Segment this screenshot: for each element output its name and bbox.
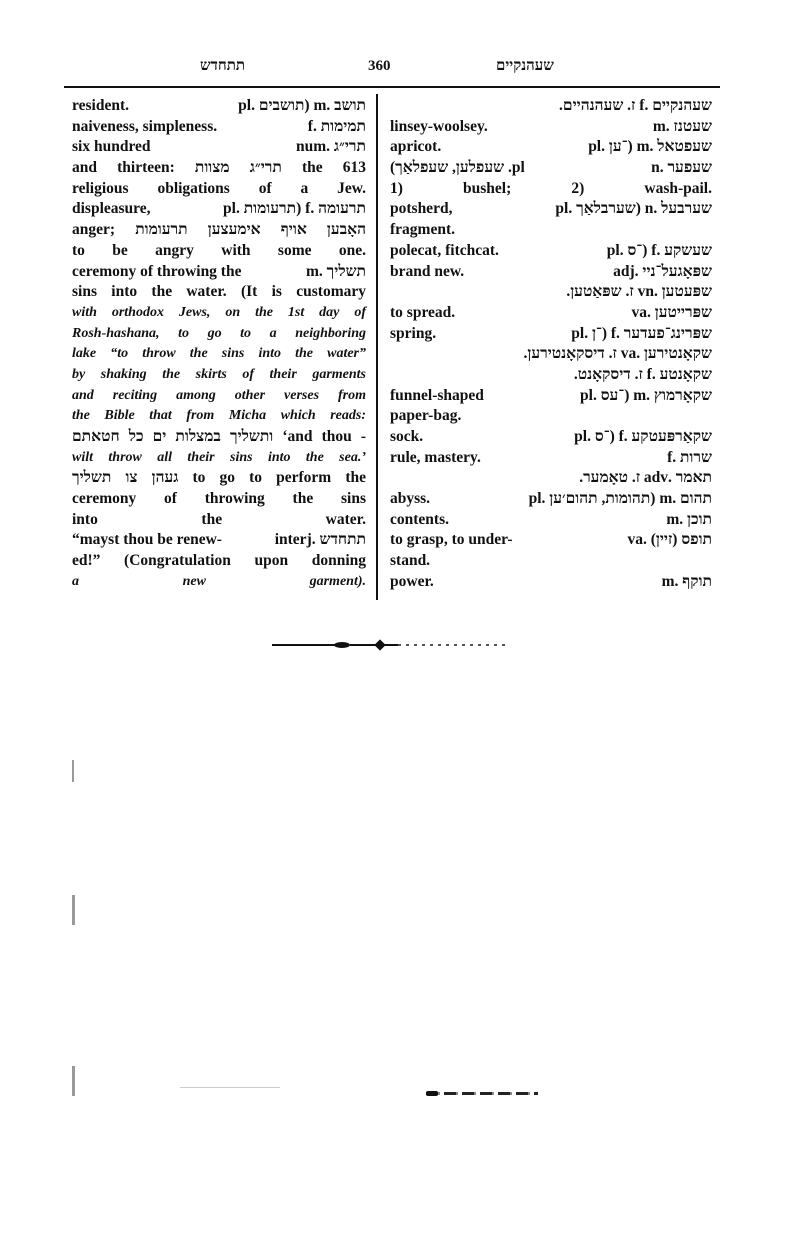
- yiddish-headword: תשליך .m: [306, 262, 366, 283]
- entry-line: sins into the water. (It is customary: [72, 282, 366, 303]
- english-gloss: naiveness, simpleness.: [72, 117, 217, 138]
- entry-line: rule, mastery.שרות .f: [390, 448, 712, 469]
- definition-text: fragment.: [390, 220, 712, 241]
- entry-line: “mayst thou be renew-תתחדש .interj: [72, 530, 366, 551]
- english-gloss: abyss.: [390, 489, 430, 510]
- usage-note: the Bible that from Micha which reads:: [72, 406, 366, 427]
- definition-text: stand.: [390, 551, 712, 572]
- definition-text: 1) bushel; 2) wash-pail.: [390, 179, 712, 200]
- usage-note: by shaking the skirts of their garments: [72, 365, 366, 386]
- entry-line: to spread.שפּרייטען .va: [390, 303, 712, 324]
- english-gloss: sock.: [390, 427, 423, 448]
- english-gloss: (שעפלען, שעפלאַך .pl: [390, 158, 525, 179]
- english-gloss: six hundred: [72, 137, 151, 158]
- entry-line: תאמר .adv ז. טאָמער.: [390, 468, 712, 489]
- yiddish-headword: שפּרינג־פעדער .f (־ן .pl: [571, 324, 712, 345]
- english-gloss: displeasure,: [72, 199, 151, 220]
- usage-note: Rosh-hashana, to go to a neighboring: [72, 324, 366, 345]
- english-gloss: ceremony of throwing the: [72, 262, 241, 283]
- entry-line: (שעפלען, שעפלאַך .plשעפער .n: [390, 158, 712, 179]
- english-gloss: linsey-woolsey.: [390, 117, 488, 138]
- yiddish-headword: שפּרייטען .va: [632, 303, 712, 324]
- yiddish-headword: שפּעטען .vn ז. שפּאַטען.: [566, 282, 712, 303]
- yiddish-headword: שעשקע .f (־ס .pl: [607, 241, 712, 262]
- usage-note: a new garment).: [72, 572, 366, 593]
- entry-line: anger; האָבען אויף אימעצען תרעומות: [72, 220, 366, 241]
- definition-text: sins into the water. (It is customary: [72, 282, 366, 303]
- yiddish-headword: תופס (זיין) .va: [627, 530, 712, 551]
- yiddish-headword: תרי״ג .num: [296, 137, 366, 158]
- entry-line: linsey-woolsey.שעטנז .m: [390, 117, 712, 138]
- entry-line: paper-bag.: [390, 406, 712, 427]
- entry-line: with orthodox Jews, on the 1st day of: [72, 303, 366, 324]
- definition-text: anger; האָבען אויף אימעצען תרעומות: [72, 220, 366, 241]
- entry-line: שעהנקיים .f ז. שעהנהיים.: [390, 96, 712, 117]
- english-gloss: to grasp, to under-: [390, 530, 513, 551]
- right-column: שעהנקיים .f ז. שעהנהיים.linsey-woolsey.ש…: [390, 96, 712, 593]
- entry-line: into the water.: [72, 510, 366, 531]
- yiddish-headword: תהום .m (תהומות, תהום׳ען .pl: [529, 489, 712, 510]
- yiddish-headword: תרעומה .f (תרעומות .pl: [223, 199, 366, 220]
- english-gloss: power.: [390, 572, 434, 593]
- yiddish-headword: תוכן .m: [666, 510, 712, 531]
- english-gloss: brand new.: [390, 262, 464, 283]
- yiddish-headword: שעהנקיים .f ז. שעהנהיים.: [559, 96, 712, 117]
- entry-line: and reciting among other verses from: [72, 386, 366, 407]
- entry-line: naiveness, simpleness.תמימות .f: [72, 117, 366, 138]
- entry-line: געהן צו תשליך to go to perform the: [72, 468, 366, 489]
- entry-line: abyss.תהום .m (תהומות, תהום׳ען .pl: [390, 489, 712, 510]
- entry-line: sock.שקאַרפּעטקע .f (־ס .pl: [390, 427, 712, 448]
- entry-line: resident.תושב .m (תושבים .pl: [72, 96, 366, 117]
- entry-line: שקאָנטירען .va ז. דיסקאָנטירען.: [390, 344, 712, 365]
- entry-line: six hundredתרי״ג .num: [72, 137, 366, 158]
- column-divider: [376, 94, 378, 600]
- yiddish-headword: שקאָנטירען .va ז. דיסקאָנטירען.: [524, 344, 713, 365]
- entry-line: potsherd,שערבעל .n (שערבלאַך .pl: [390, 199, 712, 220]
- english-gloss: resident.: [72, 96, 129, 117]
- scan-mark: [426, 1092, 538, 1095]
- entry-line: religious obligations of a Jew.: [72, 179, 366, 200]
- entry-line: fragment.: [390, 220, 712, 241]
- yiddish-headword: שעפטאל .m (־ען .pl: [588, 137, 712, 158]
- dictionary-page: תתחדש 360 שעהנקיים resident.תושב .m (תוש…: [0, 0, 788, 1240]
- left-column: resident.תושב .m (תושבים .plnaiveness, s…: [72, 96, 366, 593]
- english-gloss: “mayst thou be renew-: [72, 530, 222, 551]
- yiddish-headword: שפּאָגעל־ניי .adj: [613, 262, 712, 283]
- yiddish-headword: תמימות .f: [308, 117, 366, 138]
- yiddish-headword: שעטנז .m: [653, 117, 712, 138]
- entry-line: contents.תוכן .m: [390, 510, 712, 531]
- entry-line: stand.: [390, 551, 712, 572]
- definition-text: ed!” (Congratulation upon donning: [72, 551, 366, 572]
- english-gloss: potsherd,: [390, 199, 452, 220]
- entry-line: the Bible that from Micha which reads:: [72, 406, 366, 427]
- yiddish-headword: תתחדש .interj: [275, 530, 366, 551]
- entry-line: and thirteen: תרי״ג מצוות the 613: [72, 158, 366, 179]
- usage-note: lake “to throw the sins into the water”: [72, 344, 366, 365]
- entry-line: שפּעטען .vn ז. שפּאַטען.: [390, 282, 712, 303]
- entry-line: spring.שפּרינג־פעדער .f (־ן .pl: [390, 324, 712, 345]
- english-gloss: contents.: [390, 510, 449, 531]
- scan-speck: [72, 760, 74, 782]
- yiddish-headword: תושב .m (תושבים .pl: [238, 96, 366, 117]
- yiddish-headword: שקאַרפּעטקע .f (־ס .pl: [574, 427, 712, 448]
- entry-line: polecat, fitchcat.שעשקע .f (־ס .pl: [390, 241, 712, 262]
- entry-line: to grasp, to under-תופס (זיין) .va: [390, 530, 712, 551]
- definition-text: געהן צו תשליך to go to perform the: [72, 468, 366, 489]
- running-header: תתחדש 360 שעהנקיים: [72, 58, 722, 80]
- entry-line: 1) bushel; 2) wash-pail.: [390, 179, 712, 200]
- definition-text: ותשליך במצלות ים כל חטאתם ‘and thou -: [72, 427, 366, 448]
- english-gloss: polecat, fitchcat.: [390, 241, 499, 262]
- yiddish-headword: שרות .f: [667, 448, 712, 469]
- english-gloss: to spread.: [390, 303, 455, 324]
- yiddish-headword: שקאָנטע .f ז. דיסקאָנט.: [574, 365, 712, 386]
- usage-note: with orthodox Jews, on the 1st day of: [72, 303, 366, 324]
- entry-line: to be angry with some one.: [72, 241, 366, 262]
- entry-line: wilt throw all their sins into the sea.’: [72, 448, 366, 469]
- entry-line: ceremony of throwing the sins: [72, 489, 366, 510]
- entry-line: lake “to throw the sins into the water”: [72, 344, 366, 365]
- entry-line: ceremony of throwing theתשליך .m: [72, 262, 366, 283]
- yiddish-headword: תאמר .adv ז. טאָמער.: [579, 468, 712, 489]
- usage-note: wilt throw all their sins into the sea.’: [72, 448, 366, 469]
- scan-speck: [180, 1087, 280, 1088]
- definition-text: ceremony of throwing the sins: [72, 489, 366, 510]
- entry-line: a new garment).: [72, 572, 366, 593]
- entry-line: power.תוקף .m: [390, 572, 712, 593]
- header-rule: [64, 86, 720, 88]
- right-guide-word: שעהנקיים: [496, 58, 554, 75]
- page-number: 360: [368, 58, 391, 75]
- entry-line: brand new.שפּאָגעל־ניי .adj: [390, 262, 712, 283]
- entry-line: by shaking the skirts of their garments: [72, 365, 366, 386]
- yiddish-headword: שערבעל .n (שערבלאַך .pl: [555, 199, 712, 220]
- yiddish-headword: שעפער .n: [651, 158, 712, 179]
- entry-line: funnel-shapedשקאָרמוץ .m (־עס .pl: [390, 386, 712, 407]
- definition-text: and thirteen: תרי״ג מצוות the 613: [72, 158, 366, 179]
- english-gloss: spring.: [390, 324, 436, 345]
- scan-speck: [72, 895, 75, 925]
- entry-line: displeasure,תרעומה .f (תרעומות .pl: [72, 199, 366, 220]
- definition-text: religious obligations of a Jew.: [72, 179, 366, 200]
- yiddish-headword: שקאָרמוץ .m (־עס .pl: [580, 386, 712, 407]
- english-gloss: funnel-shaped: [390, 386, 484, 407]
- definition-text: into the water.: [72, 510, 366, 531]
- left-guide-word: תתחדש: [200, 58, 245, 75]
- entry-line: Rosh-hashana, to go to a neighboring: [72, 324, 366, 345]
- entry-line: apricot.שעפטאל .m (־ען .pl: [390, 137, 712, 158]
- english-gloss: apricot.: [390, 137, 441, 158]
- entry-line: ed!” (Congratulation upon donning: [72, 551, 366, 572]
- definition-text: paper-bag.: [390, 406, 712, 427]
- scan-speck: [72, 1066, 75, 1096]
- definition-text: to be angry with some one.: [72, 241, 366, 262]
- entry-line: שקאָנטע .f ז. דיסקאָנט.: [390, 365, 712, 386]
- english-gloss: rule, mastery.: [390, 448, 481, 469]
- section-end-ornament: [272, 640, 512, 650]
- entry-line: ותשליך במצלות ים כל חטאתם ‘and thou -: [72, 427, 366, 448]
- yiddish-headword: תוקף .m: [662, 572, 712, 593]
- usage-note: and reciting among other verses from: [72, 386, 366, 407]
